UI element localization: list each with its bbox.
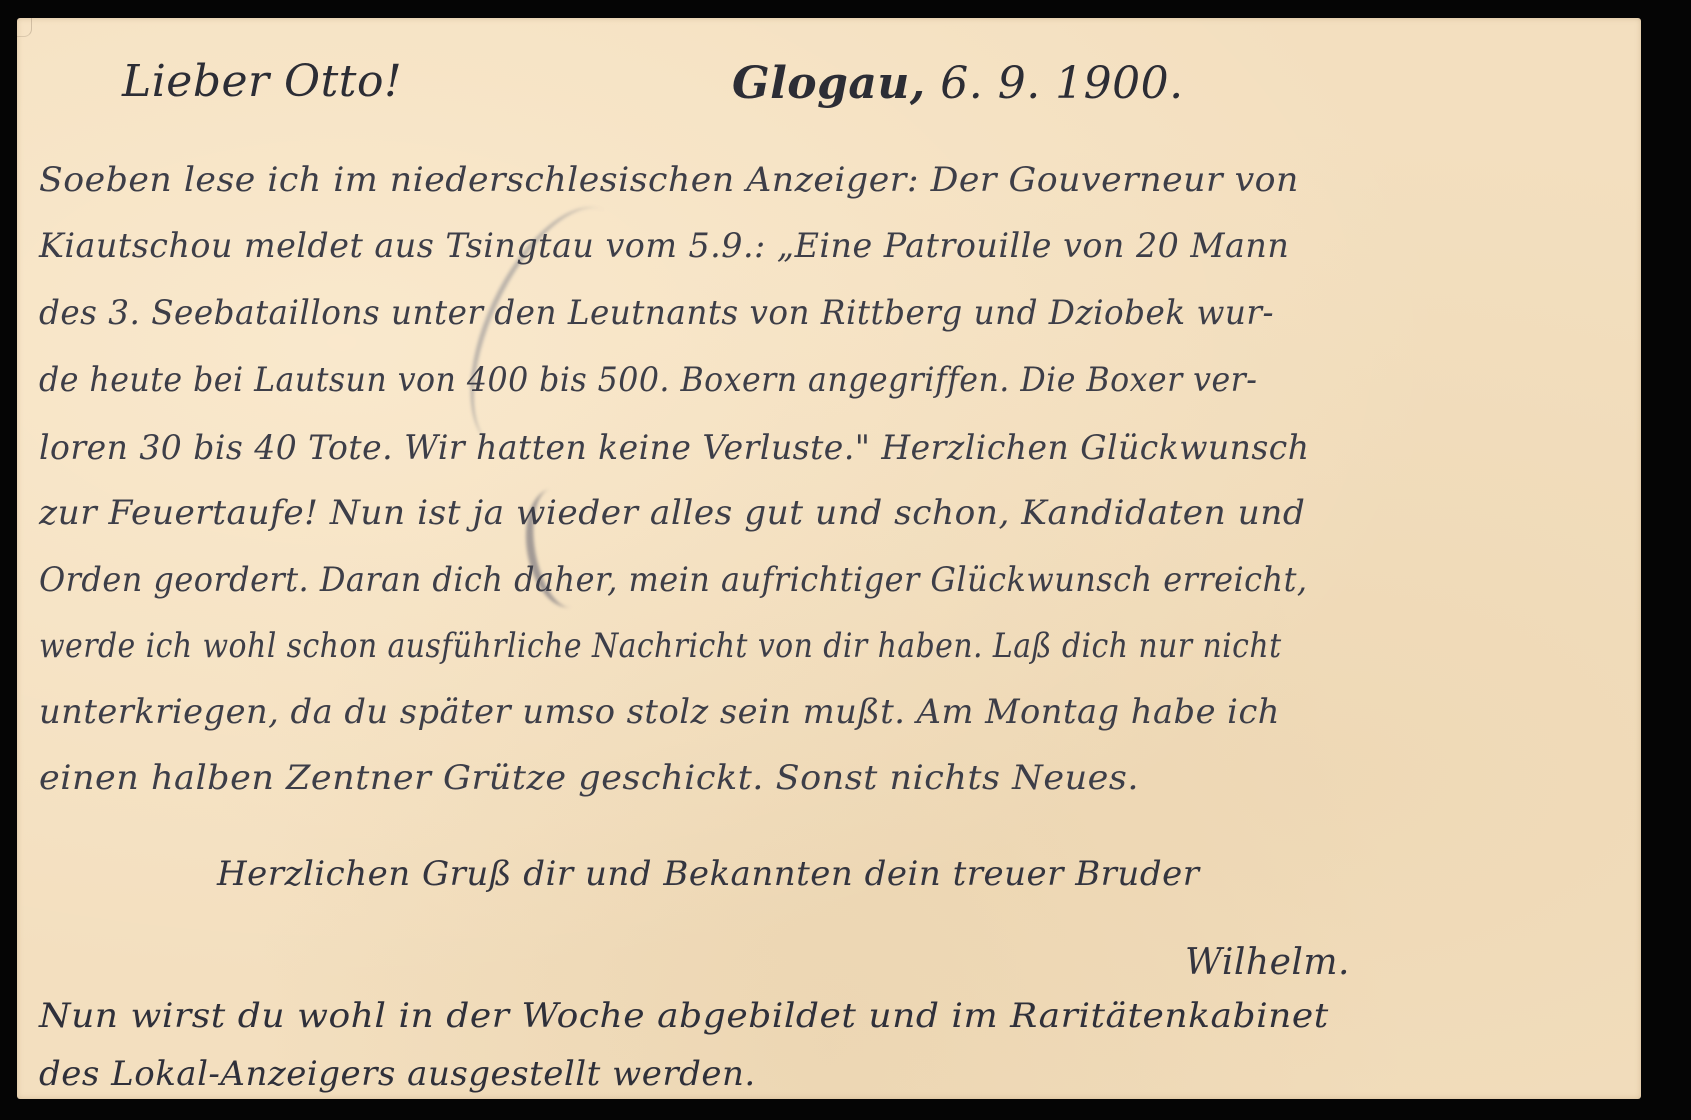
postscript-line: Nun wirst du wohl in der Woche abgebilde… bbox=[39, 996, 1329, 1036]
body-line: zur Feuertaufe! Nun ist ja wieder alles … bbox=[39, 493, 1305, 533]
signature: Wilhelm. bbox=[1185, 942, 1350, 983]
dateline: Glogau, 6. 9. 1900. bbox=[732, 58, 1184, 109]
scan-border: Lieber Otto! Glogau, 6. 9. 1900. Soeben … bbox=[0, 0, 1691, 1120]
postscript-line: des Lokal-Anzeigers ausgestellt werden. bbox=[39, 1054, 756, 1094]
body-line: einen halben Zentner Grütze geschickt. S… bbox=[39, 758, 1139, 798]
body-line: des 3. Seebataillons unter den Leutnants… bbox=[39, 293, 1274, 333]
body-line: unterkriegen, da du später umso stolz se… bbox=[39, 692, 1280, 732]
place-name: Glogau, bbox=[732, 58, 926, 109]
corner-crease bbox=[17, 18, 32, 37]
salutation: Lieber Otto! bbox=[122, 56, 402, 107]
postcard: Lieber Otto! Glogau, 6. 9. 1900. Soeben … bbox=[17, 18, 1641, 1099]
body-line: loren 30 bis 40 Tote. Wir hatten keine V… bbox=[39, 428, 1309, 468]
closing-greeting: Herzlichen Gruß dir und Bekannten dein t… bbox=[217, 854, 1199, 894]
body-line: de heute bei Lautsun von 400 bis 500. Bo… bbox=[39, 360, 1257, 400]
body-line: Orden geordert. Daran dich daher, mein a… bbox=[39, 560, 1308, 600]
body-line: Soeben lese ich im niederschlesischen An… bbox=[39, 160, 1299, 200]
body-line: werde ich wohl schon ausführliche Nachri… bbox=[39, 626, 1282, 666]
body-line: Kiautschou meldet aus Tsingtau vom 5.9.:… bbox=[39, 226, 1289, 266]
date: 6. 9. 1900. bbox=[940, 58, 1183, 109]
